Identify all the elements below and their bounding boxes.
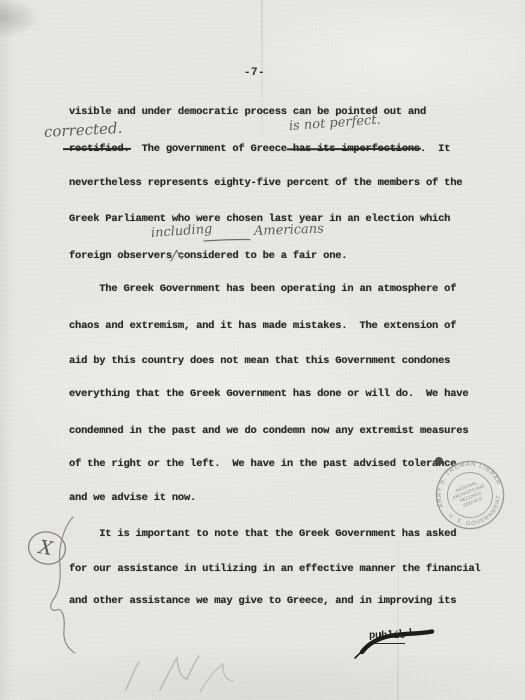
typed-line: everything that the Greek Government has… <box>69 388 468 400</box>
typed-text: It is important to note that the Greek G… <box>69 528 456 540</box>
typed-line: nevertheless represents eighty-five perc… <box>69 177 462 189</box>
typed-line: of the right or the left. We have in the… <box>69 458 456 470</box>
svg-text:U. S. GOVERNMENT: U. S. GOVERNMENT <box>446 492 508 533</box>
typed-line: rectified. The government of Greece has … <box>69 143 450 155</box>
typed-line: foreign observers considered to be a fai… <box>69 250 347 262</box>
stamp-center-line-1: NATIONAL <box>455 480 478 493</box>
typed-text: for our assistance in utilizing in an ef… <box>69 563 480 575</box>
typed-text: condemned in the past and we do condemn … <box>69 425 468 437</box>
typed-text: The government of Greece <box>130 143 293 155</box>
pencil-mark-1 <box>126 662 139 690</box>
typed-line: aid by this country does not mean that t… <box>69 355 450 367</box>
handwritten-margin-x: X <box>37 536 54 560</box>
catchword-public: public <box>369 630 405 644</box>
typed-line: chaos and extremism, and it has made mis… <box>69 320 456 332</box>
typed-text: everything that the Greek Government has… <box>69 388 468 400</box>
stamp-inner-ring <box>441 466 500 525</box>
stamp-bottom-arc-text: U. S. GOVERNMENT <box>446 492 508 533</box>
pencil-mark-2 <box>160 656 199 690</box>
handwritten-americans: Americans <box>254 222 324 239</box>
typed-line: condemned in the past and we do condemn … <box>69 425 468 437</box>
page-number: -7- <box>0 67 509 79</box>
typed-text: chaos and extremism, and it has made mis… <box>69 320 456 332</box>
struck-text: rectified. <box>69 143 130 155</box>
typed-text: aid by this country does not mean that t… <box>69 355 450 367</box>
typed-text: and other assistance we may give to Gree… <box>69 595 456 607</box>
typed-line: The Greek Government has been operating … <box>69 283 456 295</box>
swoosh-tail <box>355 647 367 658</box>
typed-text: and we advise it now. <box>69 492 196 504</box>
typed-line: and we advise it now. <box>69 492 196 504</box>
typed-text: The Greek Government has been operating … <box>69 283 456 295</box>
typed-line: for our assistance in utilizing in an ef… <box>69 563 480 575</box>
stamp-center-line-2: ARCHIVES AND <box>452 483 486 501</box>
typed-line: It is important to note that the Greek G… <box>69 528 456 540</box>
handwritten-including: including <box>150 222 212 241</box>
stamp-center-line-3: RECORDS <box>459 490 482 503</box>
typed-text: of the right or the left. We have in the… <box>69 458 456 470</box>
document-page: -7- visible and under democratic process… <box>0 0 525 700</box>
handwritten-corrected: corrected. <box>44 119 123 141</box>
typed-text: foreign observers considered to be a fai… <box>69 250 347 262</box>
typed-text: . It <box>420 143 450 155</box>
typed-line: and other assistance we may give to Gree… <box>69 595 456 607</box>
stamp-center-line-4: SERVICE <box>463 496 484 508</box>
typed-text: nevertheless represents eighty-five perc… <box>69 177 462 189</box>
pencil-mark-3 <box>200 664 233 692</box>
including-dash <box>204 240 250 241</box>
struck-text: has its imperfections <box>293 143 420 155</box>
